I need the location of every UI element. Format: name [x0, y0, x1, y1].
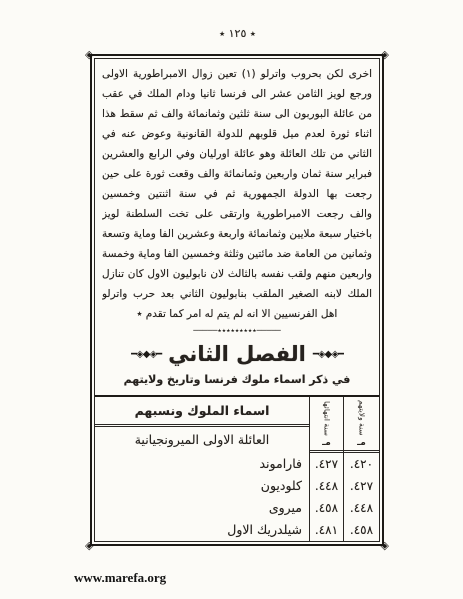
body-text-line: رجعت بها الدولة الجمهورية ثم في سنة اثنت… [102, 184, 372, 204]
accession-year-value: ٤٢٧. [344, 475, 379, 497]
corner-ornament-icon: ◈ [85, 49, 93, 60]
king-names-column: اسماء الملوك ونسبهم العائلة الاولى المير… [95, 397, 309, 541]
body-text-line: من عائلة البوربون الى سنة ثلثين وثمانمائ… [102, 104, 372, 124]
body-text-line: فبراير سنة ثمان واربعين وثمانمائة والف و… [102, 164, 372, 184]
accession-year-value: ٤٢٠. [344, 453, 379, 475]
scanned-book-page: ٭ ١٢٥ ٭ ◈ ◈ ◈ ◈ اخرى لكن بحروب واترلو (١… [0, 0, 463, 599]
accession-year-value: ٤٤٨. [344, 497, 379, 519]
end-year-column: سنة انتهائها مـ ٤٢٧. ٤٤٨. ٤٥٨. ٤٨١. [309, 397, 343, 541]
body-text-line: اخرى لكن بحروب واترلو (١) تعين زوال الام… [102, 64, 372, 84]
dynasty-heading: العائلة الاولى الميرونجيانية [95, 427, 309, 453]
body-text-line: وثمانين من العامة ضد مائتين وثلثة وخمسين… [102, 244, 372, 264]
section-divider-ornament: ─────٭٭٭٭٭٭٭٭٭───── [102, 324, 372, 338]
heading-ornament-right-icon: ━◈◆◈━ [313, 349, 343, 360]
page-number: ١٢٥ [229, 27, 247, 40]
page-number-star-left: ٭ [219, 27, 225, 40]
page-frame: ◈ ◈ ◈ ◈ اخرى لكن بحروب واترلو (١) تعين ز… [90, 54, 384, 546]
end-year-value: ٤٨١. [310, 519, 343, 541]
end-year-value: ٤٢٧. [310, 453, 343, 475]
body-text-line: باختيار سبعة ملايين وثمانمائة واربعة وعش… [102, 224, 372, 244]
accession-year-value: ٤٥٨. [344, 519, 379, 541]
accession-year-column: سنة ولايتهم مـ ٤٢٠. ٤٢٧. ٤٤٨. ٤٥٨. [343, 397, 379, 541]
corner-ornament-icon: ◈ [85, 540, 93, 551]
king-name: فاراموند [95, 453, 309, 475]
end-year-value: ٤٤٨. [310, 475, 343, 497]
corner-ornament-icon: ◈ [381, 540, 389, 551]
end-year-value: ٤٥٨. [310, 497, 343, 519]
body-text-line: والف رجعت الامبراطورية وارتقى على تخت ال… [102, 204, 372, 224]
body-text-line: الثاني من تلك العائلة وهو عائلة اورليان … [102, 144, 372, 164]
names-column-header: اسماء الملوك ونسبهم [95, 397, 309, 427]
end-year-header: سنة انتهائها مـ [310, 397, 343, 453]
watermark-url: www.marefa.org [74, 570, 166, 586]
accession-year-label: سنة ولايتهم [357, 400, 367, 436]
body-text: اخرى لكن بحروب واترلو (١) تعين زوال الام… [102, 64, 372, 324]
frame-inner: اخرى لكن بحروب واترلو (١) تعين زوال الام… [94, 58, 380, 542]
body-text-last-line: اهل الفرنسيين الا انه لم يتم له امر كما … [102, 304, 372, 324]
heading-ornament-left-icon: ━◈◆◈━ [131, 349, 161, 360]
kings-table: سنة ولايتهم مـ ٤٢٠. ٤٢٧. ٤٤٨. ٤٥٨. سنة ا… [95, 395, 379, 541]
king-name: كلوديون [95, 475, 309, 497]
chapter-subtitle: في ذكر اسماء ملوك فرنسا وتاريخ ولايتهم و… [102, 371, 372, 391]
page-number-star-right: ٭ [250, 27, 256, 40]
end-era-mark: مـ [322, 438, 331, 448]
chapter-title: الفصل الثاني [168, 338, 306, 371]
accession-year-header: سنة ولايتهم مـ [344, 397, 379, 453]
king-name: شيلدريك الاول [95, 519, 309, 541]
king-name: ميروى [95, 497, 309, 519]
body-text-line: ورجع لويز الثامن عشر الى فرنسا ثانيا ودا… [102, 84, 372, 104]
body-text-line: الملك لابنه الصغير الملقب بنابوليون الثا… [102, 284, 372, 304]
body-text-line: اثناء ثورة لعدم ميل قلوبهم للدولة القانو… [102, 124, 372, 144]
page-number-row: ٭ ١٢٥ ٭ [90, 27, 385, 40]
chapter-heading: ━◈◆◈━ الفصل الثاني ━◈◆◈━ [102, 338, 372, 371]
corner-ornament-icon: ◈ [381, 49, 389, 60]
accession-era-mark: مـ [357, 438, 366, 448]
body-text-line: واربعين منهم ولقب نفسه بالثالث لان نابول… [102, 264, 372, 284]
end-year-label: سنة انتهائها [322, 400, 332, 436]
